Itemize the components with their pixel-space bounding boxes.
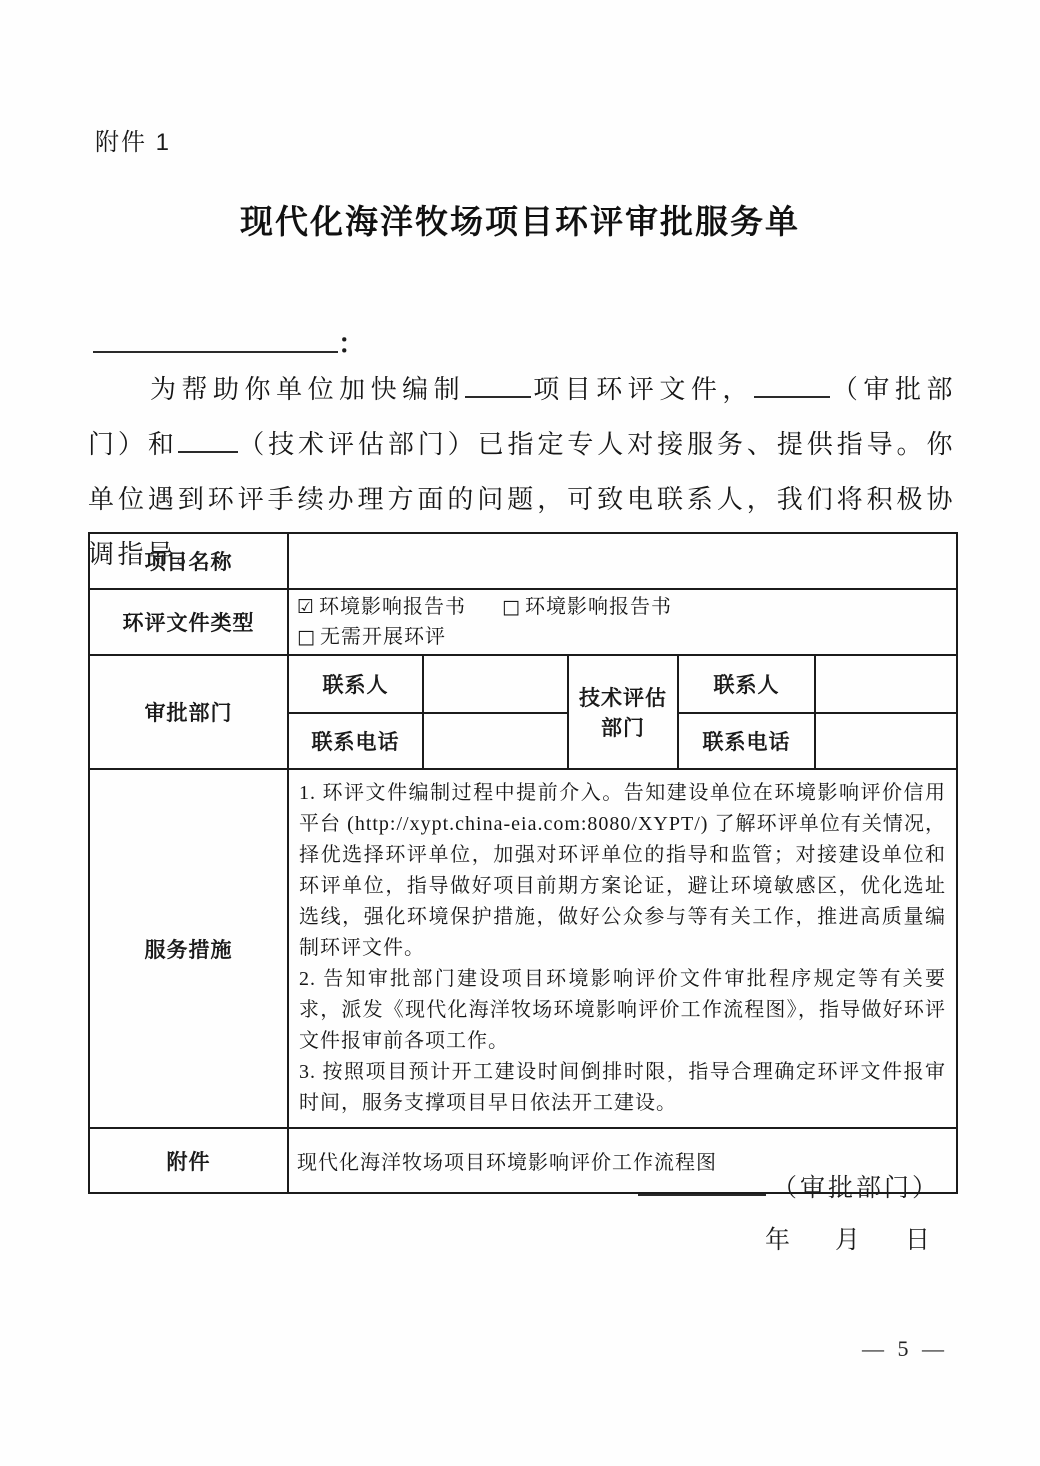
- option-label: 环境影响报告书: [319, 596, 466, 618]
- measure-item-1: 1. 环评文件编制过程中提前介入。告知建设单位在环境影响评价信用平台 (http…: [299, 778, 946, 964]
- tech-phone-value-cell: [815, 713, 957, 769]
- measure-item-3: 3. 按照项目预计开工建设时间倒排时限，指导合理确定环评文件报审时间，服务支撑项…: [299, 1057, 946, 1119]
- tech-contact-label: 联系人: [678, 655, 815, 713]
- tech-phone-label: 联系电话: [678, 713, 815, 769]
- service-form-table: 项目名称 环评文件类型 ☑环境影响报告书 □环境影响报告书: [88, 532, 958, 1194]
- option-eia-report-unchecked: □环境影响报告书: [502, 596, 672, 618]
- row-contacts-1: 审批部门 联系人 技术评估部门 联系人: [89, 655, 957, 713]
- row-project-name: 项目名称: [89, 533, 957, 589]
- approval-contact-value-cell: [423, 655, 568, 713]
- checked-checkbox-icon: ☑: [297, 596, 315, 618]
- service-measures-label: 服务措施: [89, 769, 288, 1128]
- approval-phone-value-cell: [423, 713, 568, 769]
- project-name-value-cell: [288, 533, 957, 589]
- option-eia-report-checked: ☑环境影响报告书: [297, 596, 472, 618]
- scanned-document-page: 附件 1 现代化海洋牧场项目环评审批服务单 ： 为帮助你单位加快编制项目环评文件…: [0, 0, 1040, 1466]
- blank-underline: [754, 376, 830, 398]
- approval-phone-label: 联系电话: [288, 713, 423, 769]
- doc-type-label: 环评文件类型: [89, 589, 288, 655]
- option-label: 无需开展环评: [320, 626, 446, 648]
- tech-dept-label: 技术评估部门: [568, 655, 678, 769]
- salutation-colon: ：: [338, 329, 365, 359]
- unchecked-checkbox-icon: □: [297, 626, 316, 648]
- option-label: 环境影响报告书: [525, 596, 672, 618]
- signature-date-line: 年 月 日: [765, 1220, 940, 1256]
- attachment-row-label: 附件: [89, 1128, 288, 1193]
- doc-type-options-cell: ☑环境影响报告书 □环境影响报告书 □无需开展环评: [288, 589, 957, 655]
- project-name-label: 项目名称: [89, 533, 288, 589]
- salutation-line: ：: [93, 322, 365, 361]
- row-doc-type: 环评文件类型 ☑环境影响报告书 □环境影响报告书 □无需开展环评: [89, 589, 957, 655]
- approval-contact-label: 联系人: [288, 655, 423, 713]
- recipient-blank-underline: [93, 327, 338, 353]
- signature-blank-underline: [638, 1172, 766, 1196]
- unchecked-checkbox-icon: □: [502, 596, 521, 618]
- signature-dept-suffix: （审批部门）: [772, 1175, 940, 1202]
- doc-type-option-line-1: ☑环境影响报告书 □环境影响报告书: [297, 592, 948, 622]
- intro-text-2: 项目环评文件，: [531, 375, 754, 404]
- blank-underline: [178, 431, 238, 453]
- row-service-measures: 服务措施 1. 环评文件编制过程中提前介入。告知建设单位在环境影响评价信用平台 …: [89, 769, 957, 1128]
- approval-dept-label: 审批部门: [89, 655, 288, 769]
- document-title: 现代化海洋牧场项目环评审批服务单: [0, 196, 1040, 243]
- option-no-eia-needed: □无需开展环评: [297, 626, 446, 648]
- measure-item-2: 2. 告知审批部门建设项目环境影响评价文件审批程序规定等有关要求，派发《现代化海…: [299, 964, 946, 1057]
- attachment-number-label: 附件 1: [95, 122, 171, 157]
- doc-type-option-line-2: □无需开展环评: [297, 622, 948, 652]
- blank-underline: [465, 376, 531, 398]
- intro-text-1: 为帮助你单位加快编制: [150, 375, 465, 404]
- service-measures-content: 1. 环评文件编制过程中提前介入。告知建设单位在环境影响评价信用平台 (http…: [288, 769, 957, 1128]
- page-number: — 5 —: [862, 1336, 948, 1362]
- signature-dept-line: （审批部门）: [638, 1168, 940, 1204]
- tech-contact-value-cell: [815, 655, 957, 713]
